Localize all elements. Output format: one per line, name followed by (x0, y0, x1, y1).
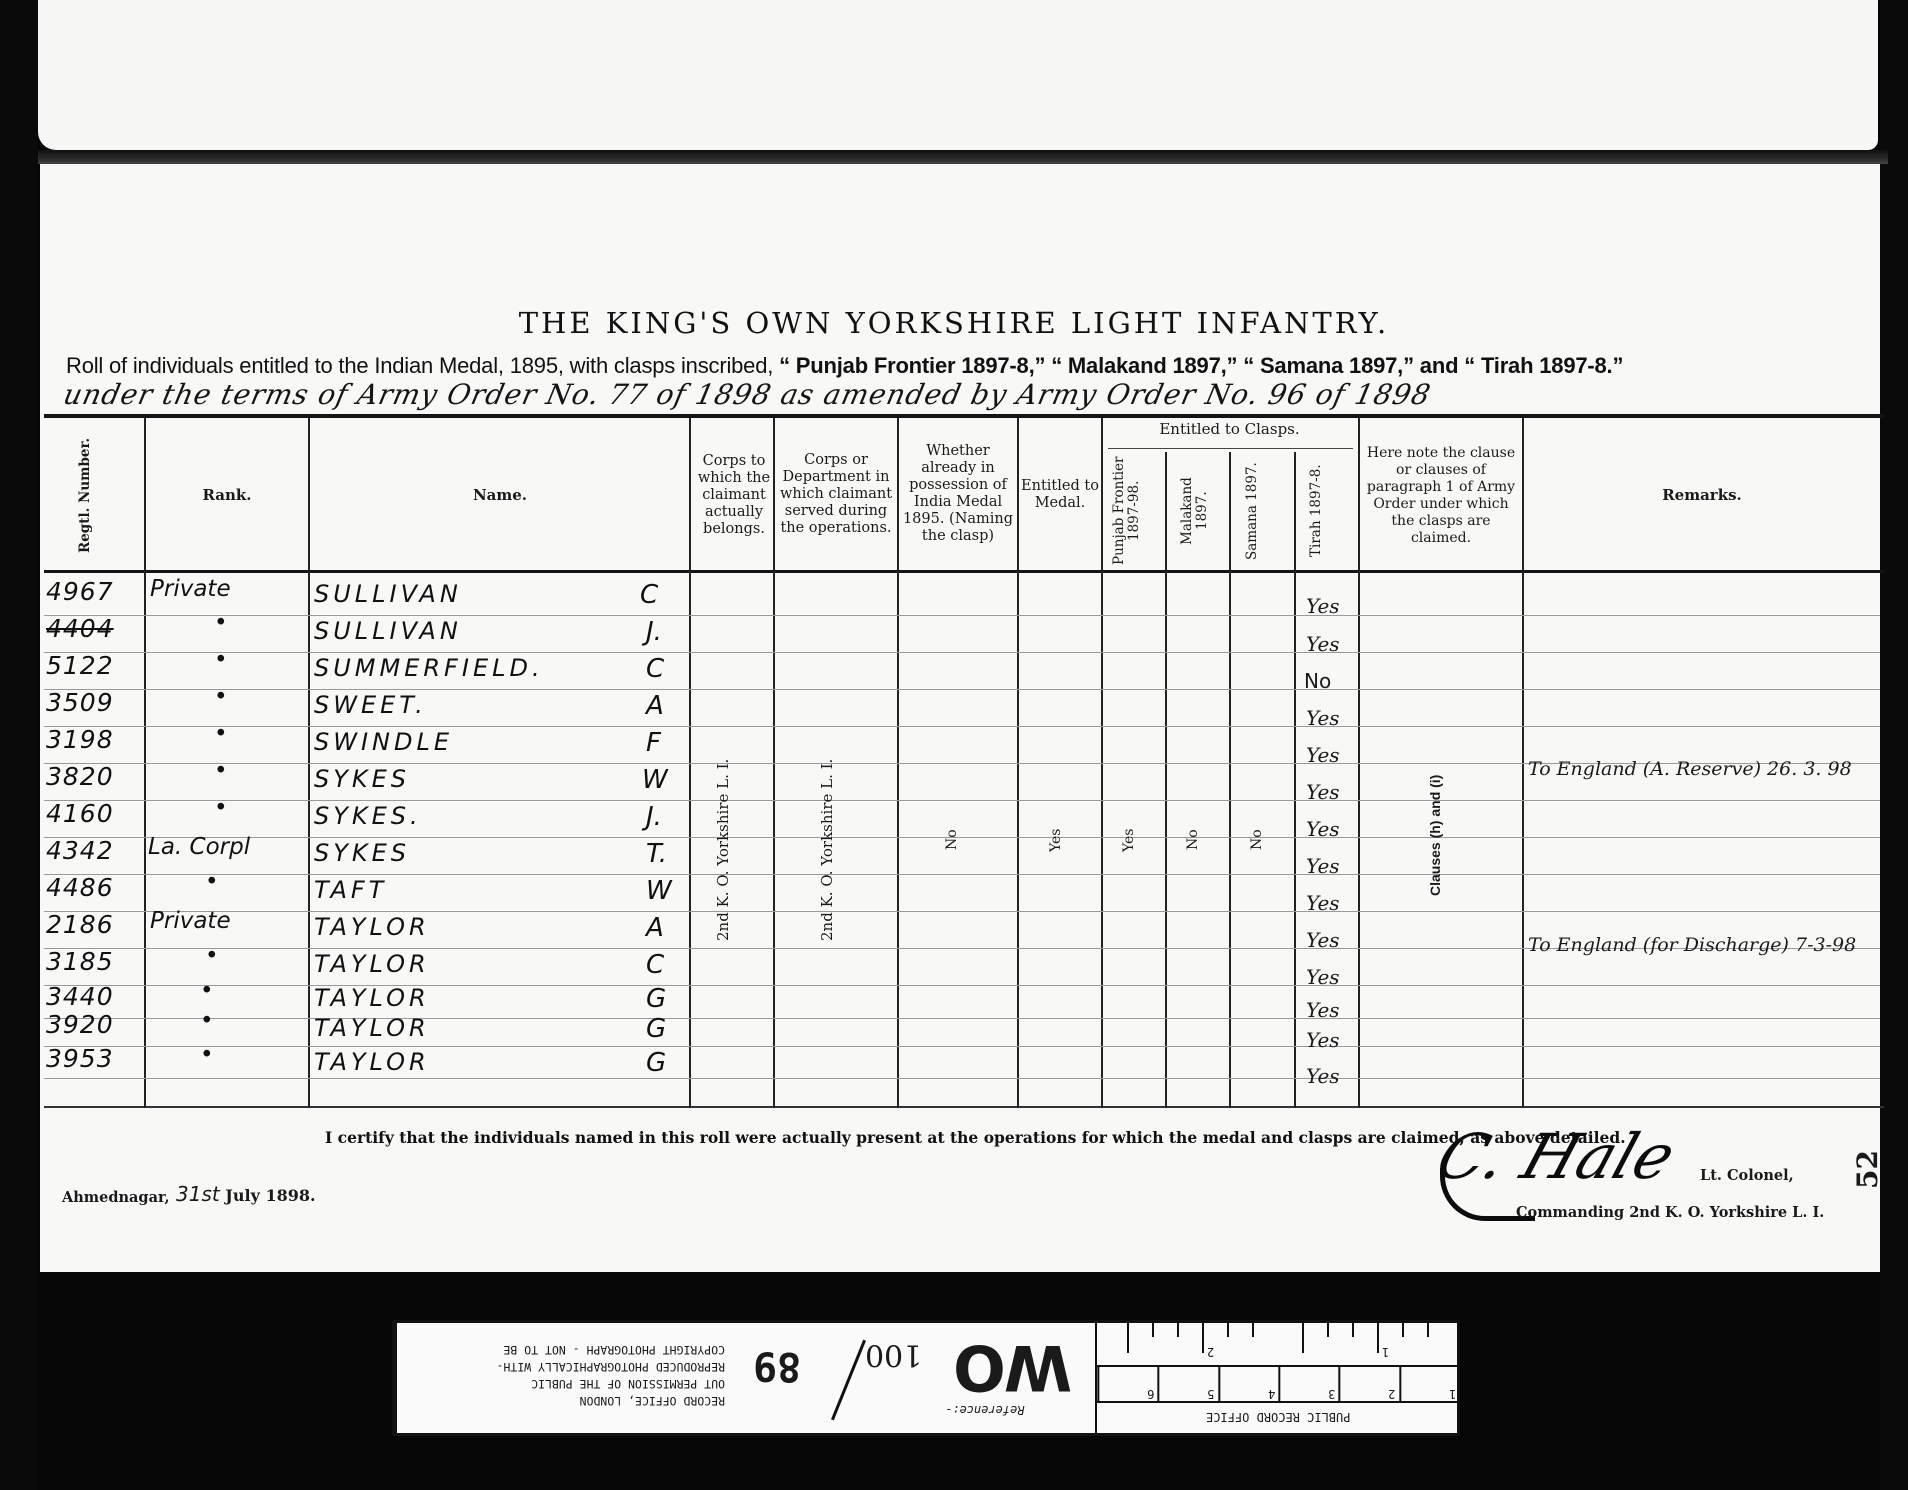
date-month-year: July 1898. (225, 1186, 315, 1205)
row-rule (44, 615, 1880, 616)
piece-number: 100 (865, 1337, 922, 1372)
malakand-value: No (1186, 820, 1210, 860)
regtl-number: 3198 (46, 725, 114, 754)
ruler-tick (1327, 1323, 1329, 1337)
initial: C (646, 654, 664, 684)
surname: TAYLOR (314, 913, 430, 941)
row-rule (44, 652, 1880, 653)
date-of-signing: 31st July 1898. (176, 1182, 316, 1206)
scan-border-left (0, 0, 38, 1490)
tirah-value: Yes (1306, 928, 1340, 952)
ruler-tick (1352, 1323, 1354, 1337)
header-remarks: Remarks. (1524, 420, 1880, 570)
certification-statement: I certify that the individuals named in … (325, 1128, 1626, 1147)
regiment-title: THE KING'S OWN YORKSHIRE LIGHT INFANTRY. (0, 306, 1908, 340)
rank: • (200, 978, 214, 1004)
initial: G (646, 1014, 666, 1044)
initial: W (642, 765, 668, 795)
inch-scale: 2 1 (1097, 1323, 1459, 1367)
copyright-notice: RECORD OFFICE, LONDON OUT PERMISSION OF … (395, 1323, 735, 1433)
tirah-value: Yes (1306, 706, 1340, 730)
page-fold-shadow (38, 150, 1888, 164)
rank: • (214, 795, 228, 821)
ruler-tick (1402, 1323, 1404, 1337)
regtl-number: 3440 (46, 982, 114, 1011)
regtl-number: 2186 (46, 910, 114, 939)
punjab-value: Yes (1122, 820, 1146, 860)
surname: TAYLOR (314, 1048, 430, 1076)
scale-ruler: 2 1 6 5 4 3 2 1 PUBLIC RECORD OFFICE (1095, 1323, 1459, 1433)
ruler-tick (1302, 1323, 1304, 1353)
tirah-value: Yes (1306, 965, 1340, 989)
surname: SYKES. (314, 802, 422, 830)
row-rule (44, 800, 1880, 801)
tirah-value: Yes (1306, 817, 1340, 841)
cm-label: 5 (1157, 1365, 1217, 1401)
initial: C (640, 580, 658, 610)
tirah-value: Yes (1306, 1064, 1340, 1088)
ruler-tick (1227, 1323, 1229, 1337)
header-entitled-medal: Entitled to Medal. (1019, 420, 1101, 570)
initial: G (646, 984, 666, 1014)
cm-label: 6 (1097, 1365, 1157, 1401)
surname: SULLIVAN (314, 580, 462, 608)
handwritten-authority: under the terms of Army Order No. 77 of … (60, 378, 1434, 411)
reference-slash (831, 1340, 866, 1421)
initial: J. (646, 617, 662, 647)
surname: SWEET. (314, 691, 427, 719)
regtl-number: 4342 (46, 836, 114, 865)
item-number: 89 (753, 1343, 801, 1389)
header-corps-served: Corps or Department in which claimant se… (775, 420, 897, 568)
header-rank: Rank. (146, 420, 308, 570)
tirah-value: Yes (1306, 780, 1340, 804)
table-top-rule (44, 414, 1884, 418)
cm-scale: 6 5 4 3 2 1 (1097, 1365, 1459, 1403)
rank: • (205, 943, 219, 969)
scan-border-right (1880, 0, 1908, 1490)
header-clasp-malakand: Malakand 1897. (1180, 456, 1214, 566)
rank: • (214, 758, 228, 784)
samana-value: No (1250, 820, 1274, 860)
entitled-medal-value: Yes (1049, 820, 1073, 860)
row-rule (44, 911, 1880, 912)
regtl-number: 5122 (46, 651, 114, 680)
corps-served-value: 2nd K. O. Yorkshire L. I. (820, 720, 850, 980)
clasp-list: “ Punjab Frontier 1897-8,” “ Malakand 18… (779, 353, 1623, 378)
reference-label: Reference:- (945, 1403, 1024, 1417)
cm-label: 2 (1338, 1365, 1398, 1401)
rank: • (200, 1042, 214, 1068)
initial: W (646, 876, 672, 906)
tirah-value: Yes (1306, 594, 1340, 618)
office-name: PUBLIC RECORD OFFICE (1097, 1403, 1459, 1431)
header-clauses: Here note the clause or clauses of parag… (1362, 426, 1520, 566)
ruler-tick (1252, 1323, 1254, 1337)
ruler-tick (1152, 1323, 1154, 1337)
rank: • (214, 721, 228, 747)
tirah-value: No (1304, 669, 1331, 693)
regtl-number: 4404 (46, 614, 114, 643)
rank: • (214, 610, 228, 636)
header-corps-belongs: Corps to which the claimant actually bel… (691, 430, 777, 560)
copyright-line: REPRODUCED PHOTOGRAPHICALLY WITH- (411, 1358, 725, 1375)
regtl-number: 3509 (46, 688, 114, 717)
tirah-value: Yes (1306, 998, 1340, 1022)
reference-box: 89 100 WO Reference:- (735, 1323, 1095, 1433)
initial: T. (646, 839, 667, 869)
ruler-tick (1202, 1323, 1204, 1353)
header-name: Name. (310, 420, 690, 570)
header-regtl-number: Regtl. Number. (78, 430, 93, 560)
regtl-number: 3953 (46, 1044, 114, 1073)
copyright-line: OUT PERMISSION OF THE PUBLIC (411, 1375, 725, 1392)
surname: TAYLOR (314, 1014, 430, 1042)
clauses-value: Clauses (h) and (i) (1428, 740, 1452, 930)
remark: To England (for Discharge) 7-3-98 (1528, 934, 1856, 956)
tirah-value: Yes (1306, 743, 1340, 767)
surname: TAFT (314, 876, 387, 904)
table-bottom-rule (44, 1106, 1884, 1108)
archive-reference-card: RECORD OFFICE, LONDON OUT PERMISSION OF … (392, 1320, 1460, 1436)
inch-label: 1 (1382, 1345, 1389, 1359)
surname: SYKES (314, 839, 410, 867)
folio-number: 52 (1856, 1150, 1880, 1189)
entitled-clasps-rule (1108, 448, 1353, 449)
header-already-possession: Whether already in possession of India M… (899, 420, 1017, 568)
rank: • (214, 647, 228, 673)
initial: G (646, 1048, 666, 1078)
ruler-tick (1177, 1323, 1179, 1337)
roll-intro: Roll of individuals entitled to the Indi… (66, 353, 773, 378)
initial: F (646, 728, 661, 758)
regtl-number: 3185 (46, 947, 114, 976)
regtl-number: 4160 (46, 799, 114, 828)
initial: A (646, 913, 664, 943)
col-divider (1294, 452, 1296, 1108)
regtl-number: 3820 (46, 762, 114, 791)
tirah-value: Yes (1306, 1028, 1340, 1052)
remark: To England (A. Reserve) 26. 3. 98 (1528, 758, 1852, 780)
copyright-line: RECORD OFFICE, LONDON (411, 1392, 725, 1409)
inch-label: 2 (1207, 1345, 1214, 1359)
col-divider (1229, 452, 1231, 1108)
header-entitled-clasps: Entitled to Clasps. (1101, 420, 1358, 444)
ruler-tick (1427, 1323, 1429, 1337)
regtl-number: 4967 (46, 577, 114, 606)
surname: SULLIVAN (314, 617, 462, 645)
surname: SWINDLE (314, 728, 453, 756)
corps-belongs-value: 2nd K. O. Yorkshire L. I. (716, 720, 746, 980)
table-header-rule (44, 570, 1884, 573)
rank: • (214, 684, 228, 710)
series-code: WO (955, 1331, 1072, 1404)
rank: Private (150, 576, 231, 602)
surname: SYKES (314, 765, 410, 793)
col-divider (1165, 452, 1167, 1108)
row-rule (44, 689, 1880, 690)
surname: TAYLOR (314, 950, 430, 978)
row-rule (44, 726, 1880, 727)
initial: A (646, 691, 664, 721)
previous-page-strip (38, 0, 1878, 150)
rank: La. Corpl (148, 834, 250, 860)
row-rule (44, 874, 1880, 875)
place-of-signing: Ahmednagar, (62, 1189, 170, 1206)
rank: • (205, 869, 219, 895)
cm-label: 4 (1218, 1365, 1278, 1401)
tirah-value: Yes (1306, 854, 1340, 878)
ruler-tick (1377, 1323, 1379, 1353)
ruler-tick (1127, 1323, 1129, 1353)
initial: C (646, 950, 664, 980)
signatory-command: Commanding 2nd K. O. Yorkshire L. I. (1516, 1204, 1824, 1221)
cm-label: 3 (1278, 1365, 1338, 1401)
tirah-value: Yes (1306, 632, 1340, 656)
row-rule (44, 1078, 1880, 1079)
initial: J. (646, 802, 662, 832)
already-possession-value: No (945, 820, 969, 860)
header-clasp-tirah: Tirah 1897-8. (1309, 456, 1343, 566)
date-day: 31st (176, 1182, 220, 1206)
header-clasp-samana: Samana 1897. (1245, 456, 1279, 566)
surname: TAYLOR (314, 984, 430, 1012)
signatory-rank: Lt. Colonel, (1700, 1167, 1794, 1184)
tirah-value: Yes (1306, 891, 1340, 915)
surname: SUMMERFIELD. (314, 654, 544, 682)
row-rule (44, 1046, 1880, 1047)
rank: Private (150, 908, 231, 934)
office-label: PUBLIC RECORD OFFICE (1206, 1403, 1351, 1431)
roll-description: Roll of individuals entitled to the Indi… (66, 353, 1623, 379)
header-clasp-punjab: Punjab Frontier 1897-98. (1112, 456, 1152, 566)
rank: • (200, 1008, 214, 1034)
copyright-line: COPYRIGHT PHOTOGRAPH - NOT TO BE (411, 1341, 725, 1358)
cm-label: 1 (1399, 1365, 1459, 1401)
regtl-number: 3920 (46, 1010, 114, 1039)
regtl-number: 4486 (46, 873, 114, 902)
